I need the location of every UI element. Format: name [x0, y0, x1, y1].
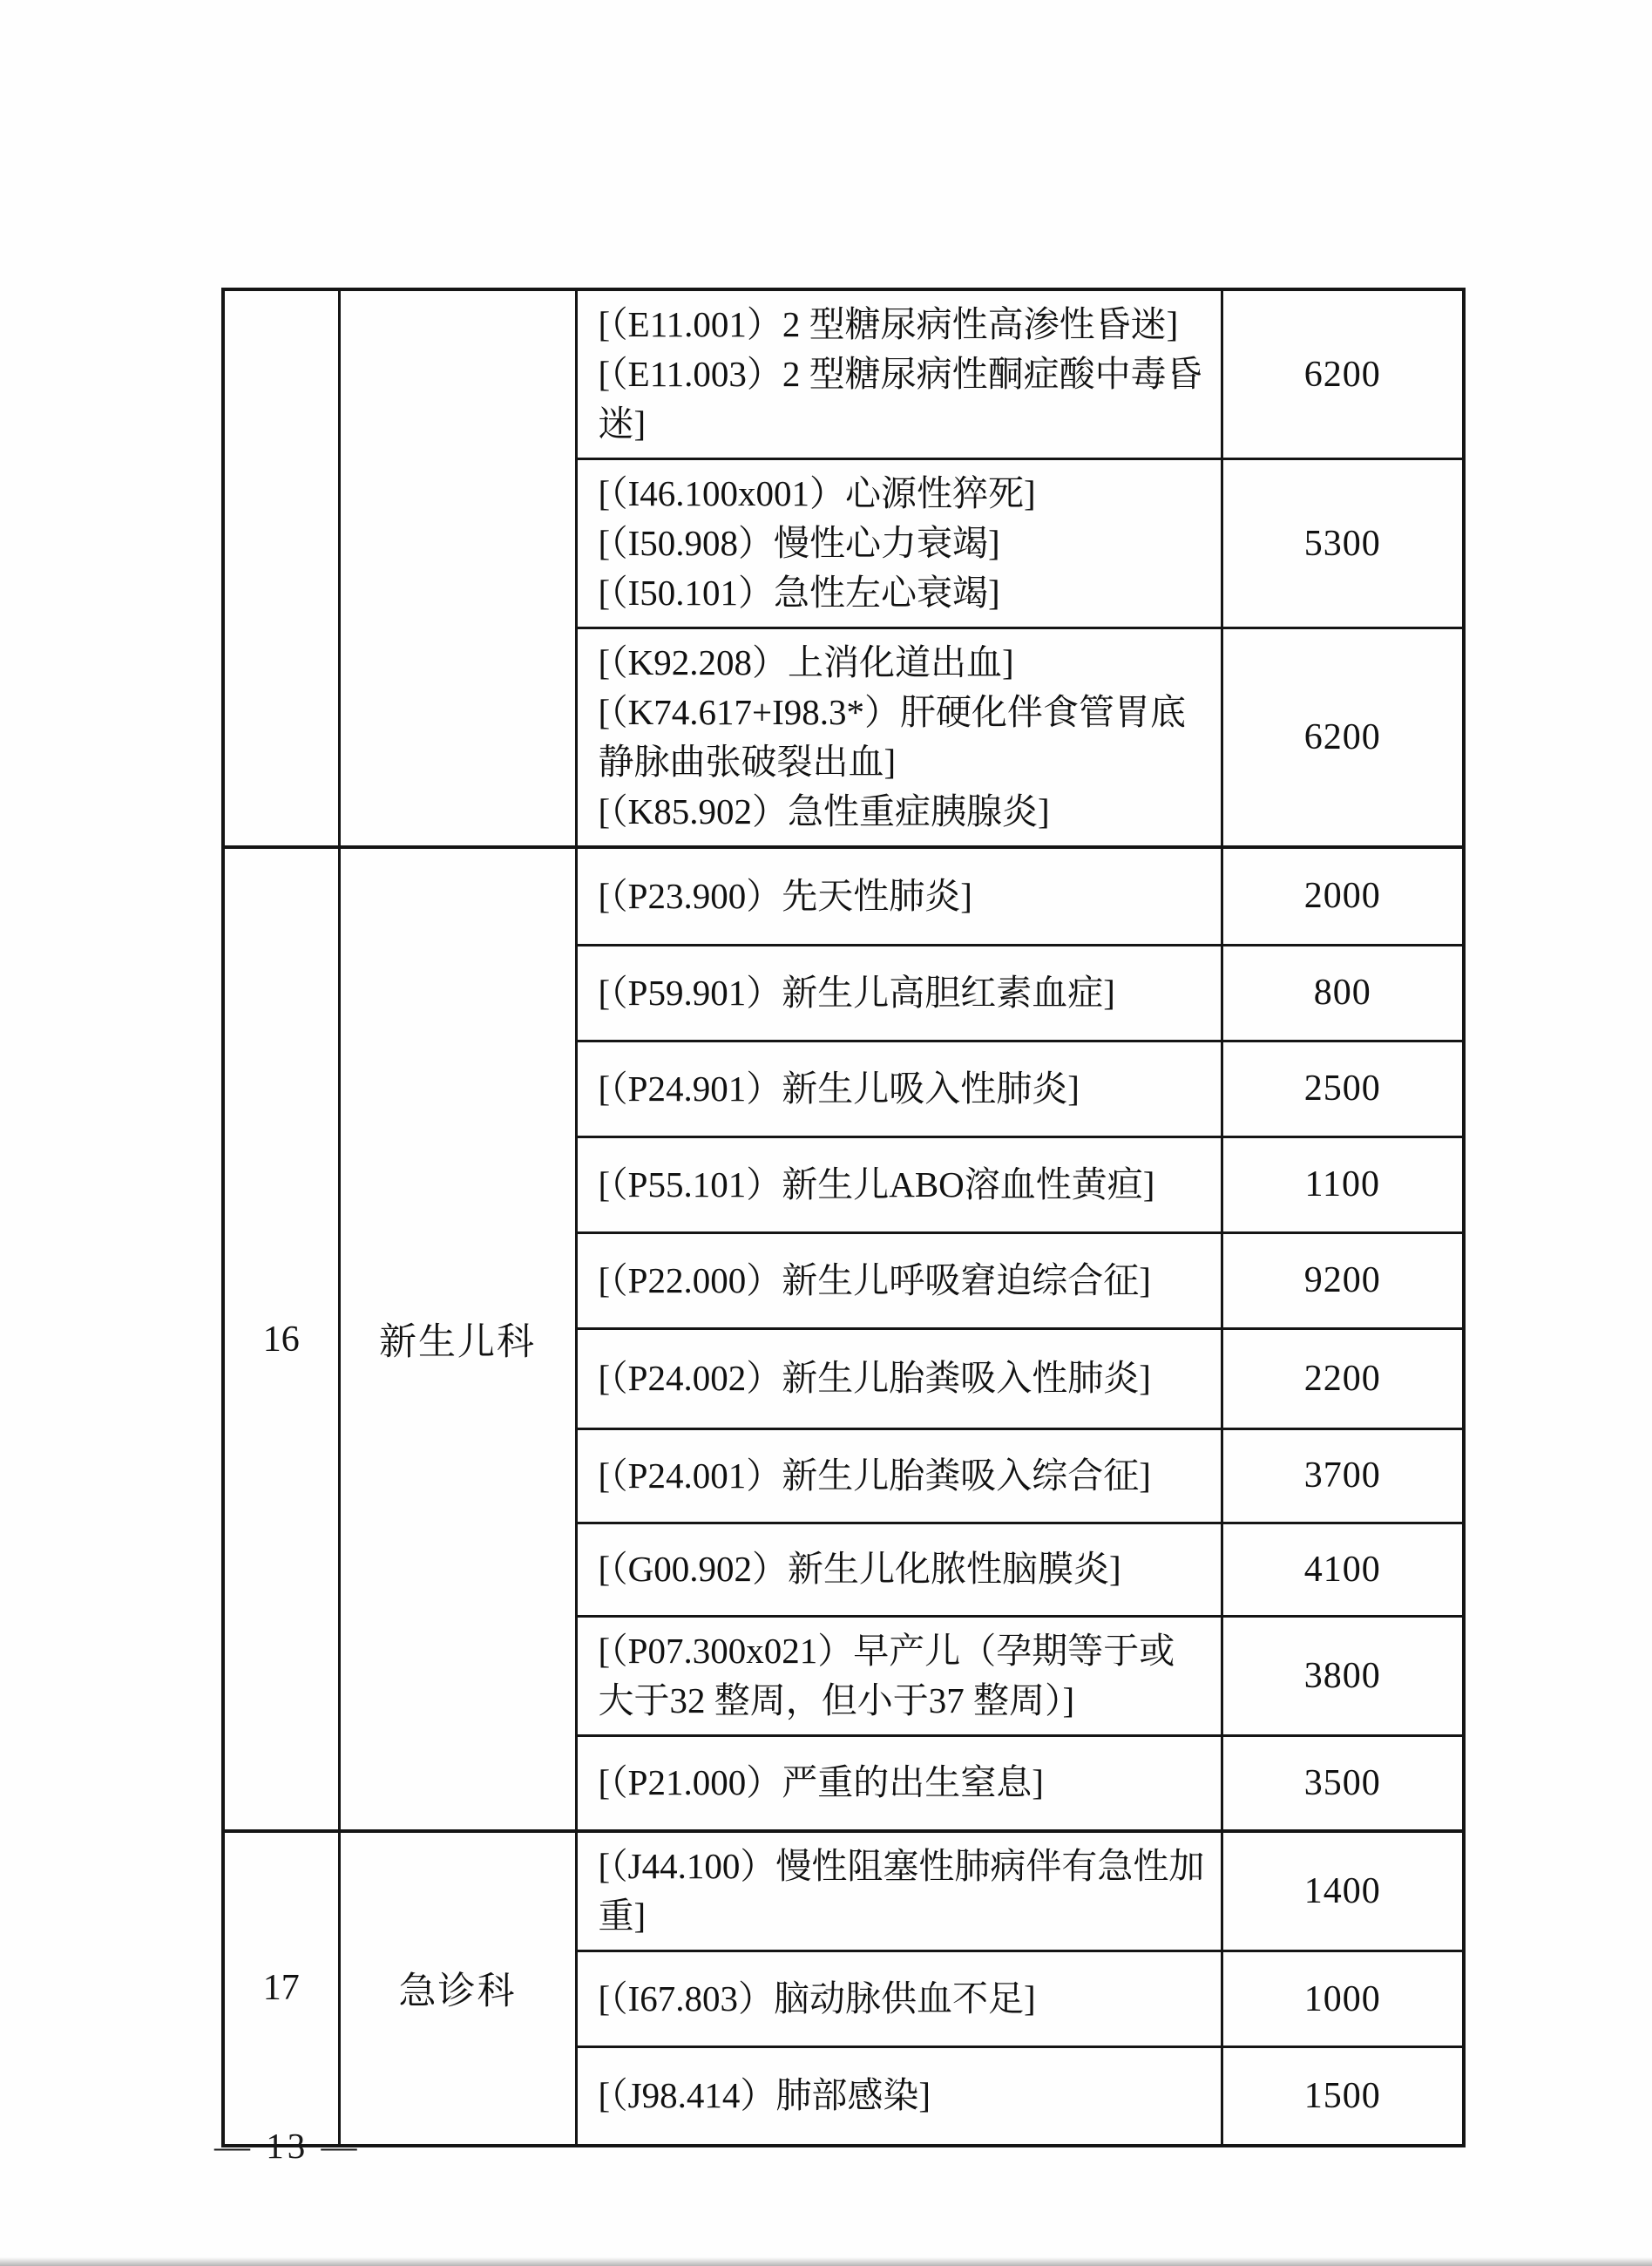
price-value: 6200: [1222, 628, 1464, 848]
disease-price-table: [（E11.001）2 型糖尿病性高渗性昏迷][（E11.003）2 型糖尿病性…: [221, 288, 1466, 2147]
price-value: 1100: [1222, 1136, 1464, 1232]
diagnosis-line: [（P55.101）新生儿ABO溶血性黄疸]: [599, 1160, 1205, 1210]
diagnosis-line: [（P24.002）新生儿胎粪吸入性肺炎]: [599, 1353, 1205, 1403]
price-value: 800: [1222, 945, 1464, 1041]
diagnosis-line: [（K85.902）急性重症胰腺炎]: [599, 787, 1205, 837]
diagnosis-line: [（J44.100）慢性阻塞性肺病伴有急性加重]: [599, 1842, 1205, 1941]
diagnosis-line: [（E11.001）2 型糖尿病性高渗性昏迷]: [599, 300, 1205, 349]
table-row: [（E11.001）2 型糖尿病性高渗性昏迷][（E11.003）2 型糖尿病性…: [223, 289, 1464, 459]
diagnosis-cell: [（K92.208）上消化道出血][（K74.617+I98.3*）肝硬化伴食管…: [576, 628, 1222, 848]
diagnosis-line: [（K92.208）上消化道出血]: [599, 638, 1205, 688]
section-number: [223, 289, 339, 847]
diagnosis-cell: [（P22.000）新生儿呼吸窘迫综合征]: [576, 1232, 1222, 1328]
diagnosis-line: [（I50.908）慢性心力衰竭]: [599, 519, 1205, 568]
diagnosis-line: [（P24.001）新生儿胎粪吸入综合征]: [599, 1451, 1205, 1501]
price-value: 3700: [1222, 1428, 1464, 1523]
diagnosis-line: [（K74.617+I98.3*）肝硬化伴食管胃底静脉曲张破裂出血]: [599, 688, 1205, 787]
scan-edge-artifact: [0, 2257, 1652, 2266]
diagnosis-cell: [（E11.001）2 型糖尿病性高渗性昏迷][（E11.003）2 型糖尿病性…: [576, 289, 1222, 459]
diagnosis-line: [（P59.901）新生儿高胆红素血症]: [599, 968, 1205, 1018]
diagnosis-line: [（P24.901）新生儿吸入性肺炎]: [599, 1064, 1205, 1114]
table-row: 16新生儿科[（P23.900）先天性肺炎]2000: [223, 847, 1464, 945]
diagnosis-line: [（G00.902）新生儿化脓性脑膜炎]: [599, 1544, 1205, 1594]
diagnosis-line: [（E11.003）2 型糖尿病性酮症酸中毒昏迷]: [599, 349, 1205, 449]
department-name: 急诊科: [339, 1831, 576, 2146]
diagnosis-line: [（I46.100x001）心源性猝死]: [599, 469, 1205, 519]
diagnosis-line: [（I50.101）急性左心衰竭]: [599, 568, 1205, 618]
diagnosis-line: [（J98.414）肺部感染]: [599, 2071, 1205, 2120]
price-value: 2500: [1222, 1041, 1464, 1136]
diagnosis-cell: [（P23.900）先天性肺炎]: [576, 847, 1222, 945]
diagnosis-line: [（P23.900）先天性肺炎]: [599, 872, 1205, 921]
diagnosis-cell: [（G00.902）新生儿化脓性脑膜炎]: [576, 1523, 1222, 1616]
diagnosis-line: [（P07.300x021）早产儿（孕期等于或大于32 整周，但小于37 整周）…: [599, 1626, 1205, 1726]
diagnosis-line: [（P21.000）严重的出生窒息]: [599, 1758, 1205, 1808]
price-value: 1500: [1222, 2047, 1464, 2146]
department-name: 新生儿科: [339, 847, 576, 1831]
diagnosis-cell: [（J98.414）肺部感染]: [576, 2047, 1222, 2146]
diagnosis-cell: [（I67.803）脑动脉供血不足]: [576, 1951, 1222, 2047]
diagnosis-cell: [（P24.001）新生儿胎粪吸入综合征]: [576, 1428, 1222, 1523]
document-page: [（E11.001）2 型糖尿病性高渗性昏迷][（E11.003）2 型糖尿病性…: [0, 0, 1652, 2266]
diagnosis-cell: [（P59.901）新生儿高胆红素血症]: [576, 945, 1222, 1041]
diagnosis-cell: [（P24.901）新生儿吸入性肺炎]: [576, 1041, 1222, 1136]
price-value: 1400: [1222, 1831, 1464, 1951]
section-number: 17: [223, 1831, 339, 2146]
price-value: 3800: [1222, 1616, 1464, 1735]
diagnosis-cell: [（P21.000）严重的出生窒息]: [576, 1735, 1222, 1831]
diagnosis-cell: [（P07.300x021）早产儿（孕期等于或大于32 整周，但小于37 整周）…: [576, 1616, 1222, 1735]
price-value: 3500: [1222, 1735, 1464, 1831]
diagnosis-line: [（P22.000）新生儿呼吸窘迫综合征]: [599, 1256, 1205, 1306]
diagnosis-cell: [（J44.100）慢性阻塞性肺病伴有急性加重]: [576, 1831, 1222, 1951]
diagnosis-cell: [（P55.101）新生儿ABO溶血性黄疸]: [576, 1136, 1222, 1232]
price-value: 2000: [1222, 847, 1464, 945]
department-name: [339, 289, 576, 847]
price-value: 9200: [1222, 1232, 1464, 1328]
diagnosis-line: [（I67.803）脑动脉供血不足]: [599, 1974, 1205, 2024]
diagnosis-cell: [（I46.100x001）心源性猝死][（I50.908）慢性心力衰竭][（I…: [576, 459, 1222, 628]
table-row: 17急诊科[（J44.100）慢性阻塞性肺病伴有急性加重]1400: [223, 1831, 1464, 1951]
price-value: 4100: [1222, 1523, 1464, 1616]
price-value: 1000: [1222, 1951, 1464, 2047]
price-value: 6200: [1222, 289, 1464, 459]
diagnosis-cell: [（P24.002）新生儿胎粪吸入性肺炎]: [576, 1328, 1222, 1428]
section-number: 16: [223, 847, 339, 1831]
price-value: 2200: [1222, 1328, 1464, 1428]
page-number: — 13 —: [214, 2125, 361, 2167]
price-value: 5300: [1222, 459, 1464, 628]
